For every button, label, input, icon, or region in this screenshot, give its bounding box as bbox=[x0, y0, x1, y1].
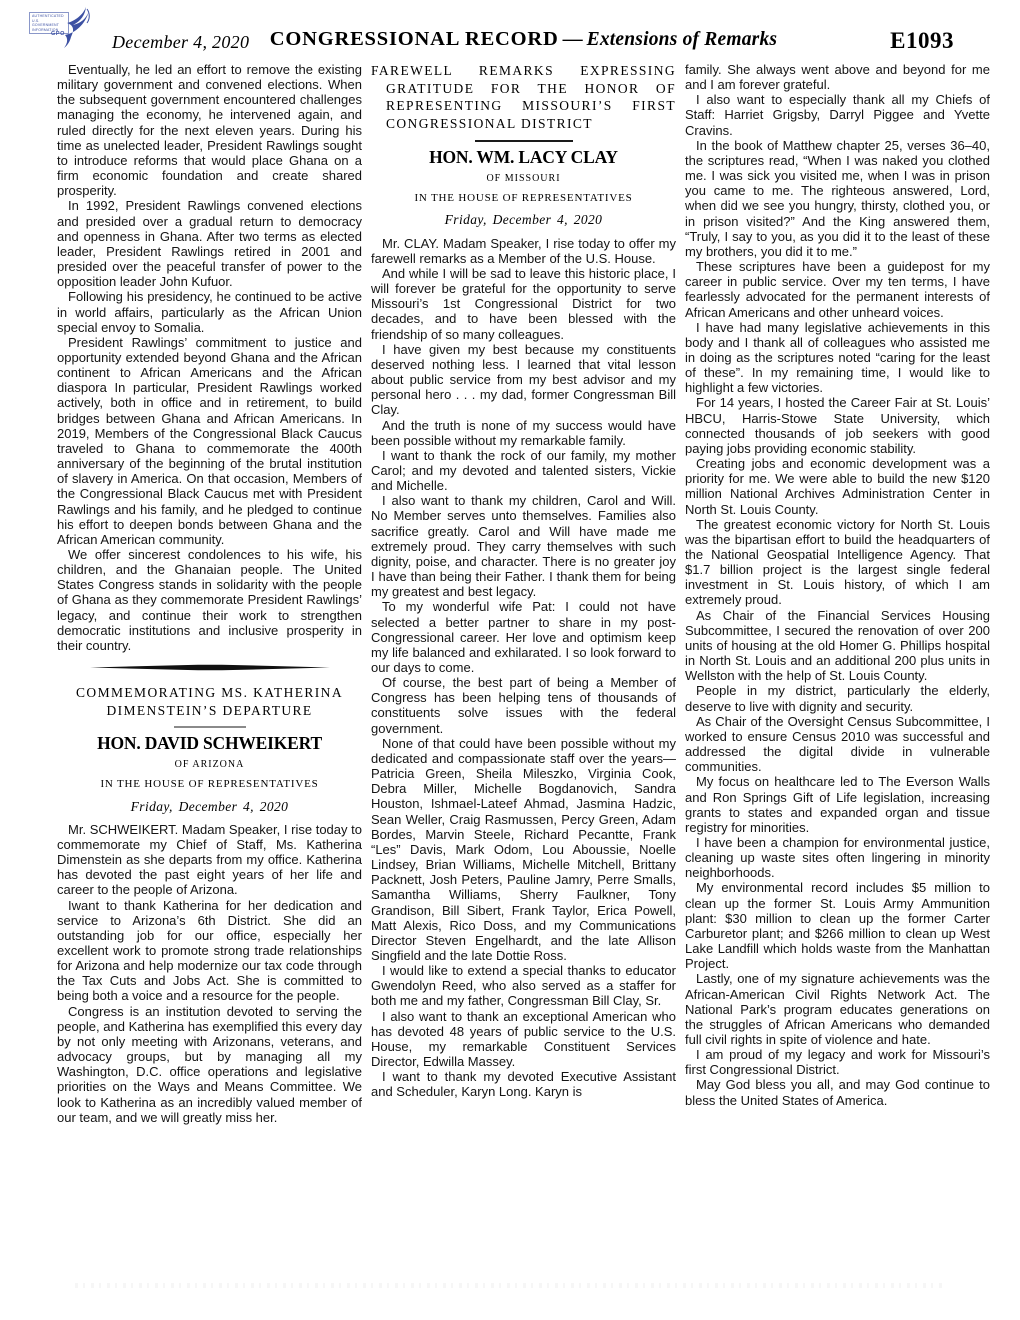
paragraph: The greatest economic victory for North … bbox=[685, 517, 990, 608]
paragraph: Creating jobs and economic development w… bbox=[685, 456, 990, 517]
paragraph: I also want to thank my children, Carol … bbox=[371, 493, 676, 599]
paragraph: And the truth is none of my success woul… bbox=[371, 418, 676, 448]
paragraph: I also want to thank an exceptional Amer… bbox=[371, 1009, 676, 1070]
paragraph: To my wonderful wife Pat: I could not ha… bbox=[371, 599, 676, 675]
faint-footer-print-artifact bbox=[75, 1283, 942, 1288]
paragraph: For 14 years, I hosted the Career Fair a… bbox=[685, 395, 990, 456]
paragraph: Congress is an institution devoted to se… bbox=[57, 1004, 362, 1125]
speaker-state: OF ARIZONA bbox=[57, 757, 362, 772]
paragraph: As Chair of the Oversight Census Subcomm… bbox=[685, 714, 990, 775]
section-title: Extensions of Remarks bbox=[587, 29, 778, 50]
paragraph: Eventually, he led an effort to remove t… bbox=[57, 62, 362, 198]
paragraph: I have given my best because my constitu… bbox=[371, 342, 676, 418]
column-1: Eventually, he led an effort to remove t… bbox=[57, 62, 362, 1258]
speaker-chamber: IN THE HOUSE OF REPRESENTATIVES bbox=[371, 191, 676, 206]
article-title-commemorating: COMMEMORATING MS. KATHERINA DIMENSTEIN’S… bbox=[57, 684, 362, 719]
paragraph: Mr. CLAY. Madam Speaker, I rise today to… bbox=[371, 236, 676, 266]
paragraph: Lastly, one of my signature achievements… bbox=[685, 971, 990, 1047]
paragraph: Mr. SCHWEIKERT. Madam Speaker, I rise to… bbox=[57, 822, 362, 898]
paragraph: Of course, the best part of being a Memb… bbox=[371, 675, 676, 736]
paragraph: I have been a champion for environmental… bbox=[685, 835, 990, 880]
column-2: FAREWELL REMARKS EXPRESSING GRATITUDE FO… bbox=[371, 62, 676, 1258]
page-header: December 4, 2020 CONGRESSIONAL RECORD — … bbox=[57, 28, 990, 64]
paragraph: And while I will be sad to leave this hi… bbox=[371, 266, 676, 342]
paragraph: I would like to extend a special thanks … bbox=[371, 963, 676, 1008]
paragraph: I also want to especially thank all my C… bbox=[685, 92, 990, 137]
swelled-rule-divider bbox=[90, 664, 330, 671]
paragraph: As Chair of the Financial Services Housi… bbox=[685, 608, 990, 684]
paragraph: I have had many legislative achievements… bbox=[685, 320, 990, 396]
congressional-record-page: AUTHENTICATED U.S. GOVERNMENT INFORMATIO… bbox=[0, 0, 1020, 1320]
paragraph: family. She always went above and beyond… bbox=[685, 62, 990, 92]
column-3: family. She always went above and beyond… bbox=[685, 62, 990, 1258]
speaker-state: OF MISSOURI bbox=[371, 171, 676, 186]
speaker-chamber: IN THE HOUSE OF REPRESENTATIVES bbox=[57, 777, 362, 792]
speech-date: Friday, December 4, 2020 bbox=[371, 212, 676, 227]
paragraph: May God bless you all, and may God conti… bbox=[685, 1077, 990, 1107]
paragraph: I want to thank the rock of our family, … bbox=[371, 448, 676, 493]
header-title: CONGRESSIONAL RECORD — Extensions of Rem… bbox=[57, 28, 990, 51]
paragraph: My focus on healthcare led to The Everso… bbox=[685, 774, 990, 835]
short-rule bbox=[475, 140, 573, 142]
paragraph: My environmental record includes $5 mill… bbox=[685, 880, 990, 971]
article-title-farewell: FAREWELL REMARKS EXPRESSING GRATITUDE FO… bbox=[371, 62, 676, 132]
paragraph: These scriptures have been a guidepost f… bbox=[685, 259, 990, 320]
paragraph: None of that could have been possible wi… bbox=[371, 736, 676, 963]
paragraph: President Rawlings’ commitment to justic… bbox=[57, 335, 362, 547]
page-number: E1093 bbox=[890, 28, 954, 54]
short-rule bbox=[174, 726, 246, 728]
speaker-name: HON. DAVID SCHWEIKERT bbox=[57, 736, 362, 751]
paragraph: Following his presidency, he continued t… bbox=[57, 289, 362, 334]
text-columns: Eventually, he led an effort to remove t… bbox=[57, 62, 990, 1258]
paragraph: I want to thank my devoted Executive Ass… bbox=[371, 1069, 676, 1099]
paragraph: We offer sincerest condolences to his wi… bbox=[57, 547, 362, 653]
speech-date: Friday, December 4, 2020 bbox=[57, 799, 362, 814]
paragraph: People in my district, particularly the … bbox=[685, 683, 990, 713]
paragraph: I am proud of my legacy and work for Mis… bbox=[685, 1047, 990, 1077]
record-title: CONGRESSIONAL RECORD bbox=[270, 28, 559, 50]
paragraph: In 1992, President Rawlings convened ele… bbox=[57, 198, 362, 289]
paragraph: Iwant to thank Katherina for her dedicat… bbox=[57, 898, 362, 1004]
speaker-name: HON. WM. LACY CLAY bbox=[371, 150, 676, 165]
paragraph: In the book of Matthew chapter 25, verse… bbox=[685, 138, 990, 259]
title-separator: — bbox=[559, 28, 587, 50]
